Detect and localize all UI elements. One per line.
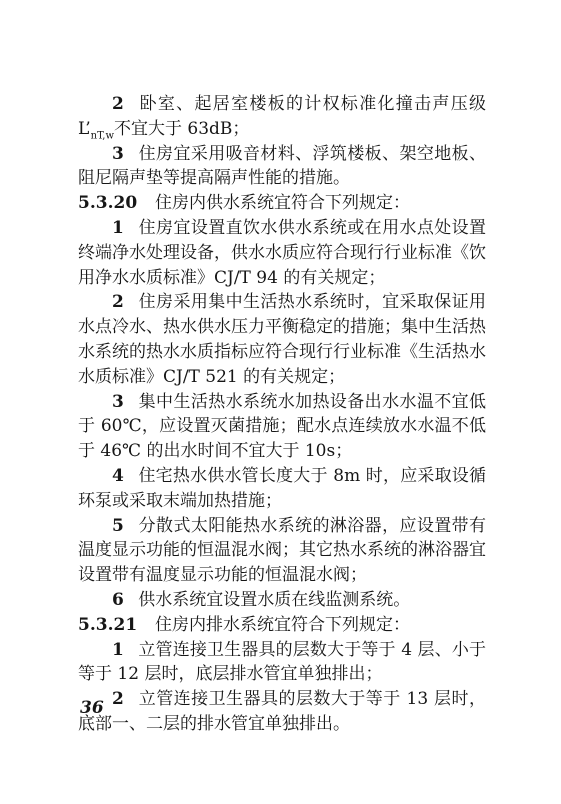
document-body: 2卧室、起居室楼板的计权标准化撞击声压级 L’nT,w不宜大于 63dB；3住房… — [78, 92, 486, 737]
item-number: 3 — [112, 144, 124, 164]
item-paragraph: 2卧室、起居室楼板的计权标准化撞击声压级 L’nT,w不宜大于 63dB； — [78, 92, 486, 142]
item-paragraph: 3住房宜采用吸音材料、浮筑楼板、架空地板、阻尼隔声垫等提高隔声性能的措施。 — [78, 142, 486, 192]
item-number: 3 — [112, 392, 124, 412]
body-text: 住宅热水供水管长度大于 8m 时，应采取设循环泵或采取末端加热措施； — [78, 466, 486, 511]
item-number: 2 — [112, 94, 124, 114]
body-text: 不宜大于 63dB； — [114, 119, 249, 139]
body-text: 住房宜采用吸音材料、浮筑楼板、架空地板、阻尼隔声垫等提高隔声性能的措施。 — [78, 144, 486, 189]
body-text: 住房采用集中生活热水系统时，宜采取保证用水点冷水、热水供水压力平衡稳定的措施；集… — [78, 292, 486, 386]
body-text: 住房内供水系统宜符合下列规定： — [155, 193, 410, 213]
clause-number: 5.3.21 — [78, 615, 137, 635]
subscript-text: nT,w — [91, 130, 114, 141]
item-number: 2 — [112, 292, 124, 312]
item-paragraph: 2立管连接卫生器具的层数大于等于 13 层时，底部一、二层的排水管宜单独排出。 — [78, 687, 486, 737]
item-paragraph: 2住房采用集中生活热水系统时，宜采取保证用水点冷水、热水供水压力平衡稳定的措施；… — [78, 290, 486, 389]
item-number: 4 — [112, 466, 124, 486]
item-number: 5 — [112, 516, 124, 536]
body-text: 分散式太阳能热水系统的淋浴器，应设置带有温度显示功能的恒温混水阀；其它热水系统的… — [78, 516, 486, 586]
body-text: 集中生活热水系统水加热设备出水水温不宜低于 60℃，应设置灭菌措施；配水点连续放… — [78, 392, 486, 462]
body-text: 立管连接卫生器具的层数大于等于 4 层、小于等于 12 层时，底层排水管宜单独排… — [78, 640, 486, 685]
item-paragraph: 1住房宜设置直饮水供水系统或在用水点处设置终端净水处理设备，供水水质应符合现行行… — [78, 216, 486, 290]
item-paragraph: 1立管连接卫生器具的层数大于等于 4 层、小于等于 12 层时，底层排水管宜单独… — [78, 638, 486, 688]
clause-paragraph: 5.3.20住房内供水系统宜符合下列规定： — [78, 191, 486, 216]
item-paragraph: 4住宅热水供水管长度大于 8m 时，应采取设循环泵或采取末端加热措施； — [78, 464, 486, 514]
item-paragraph: 5分散式太阳能热水系统的淋浴器，应设置带有温度显示功能的恒温混水阀；其它热水系统… — [78, 514, 486, 588]
item-paragraph: 3集中生活热水系统水加热设备出水水温不宜低于 60℃，应设置灭菌措施；配水点连续… — [78, 390, 486, 464]
item-number: 1 — [112, 218, 124, 238]
item-number: 1 — [112, 640, 124, 660]
item-paragraph: 6供水系统宜设置水质在线监测系统。 — [78, 588, 486, 613]
body-text: 住房宜设置直饮水供水系统或在用水点处设置终端净水处理设备，供水水质应符合现行行业… — [78, 218, 486, 288]
item-number: 6 — [112, 590, 124, 610]
document-page: 2卧室、起居室楼板的计权标准化撞击声压级 L’nT,w不宜大于 63dB；3住房… — [0, 0, 561, 804]
page-number: 36 — [80, 698, 104, 718]
clause-number: 5.3.20 — [78, 193, 137, 213]
body-text: 供水系统宜设置水质在线监测系统。 — [138, 590, 410, 610]
item-number: 2 — [112, 689, 124, 709]
body-text: 立管连接卫生器具的层数大于等于 13 层时，底部一、二层的排水管宜单独排出。 — [78, 689, 486, 734]
body-text: 住房内排水系统宜符合下列规定： — [155, 615, 410, 635]
clause-paragraph: 5.3.21住房内排水系统宜符合下列规定： — [78, 613, 486, 638]
